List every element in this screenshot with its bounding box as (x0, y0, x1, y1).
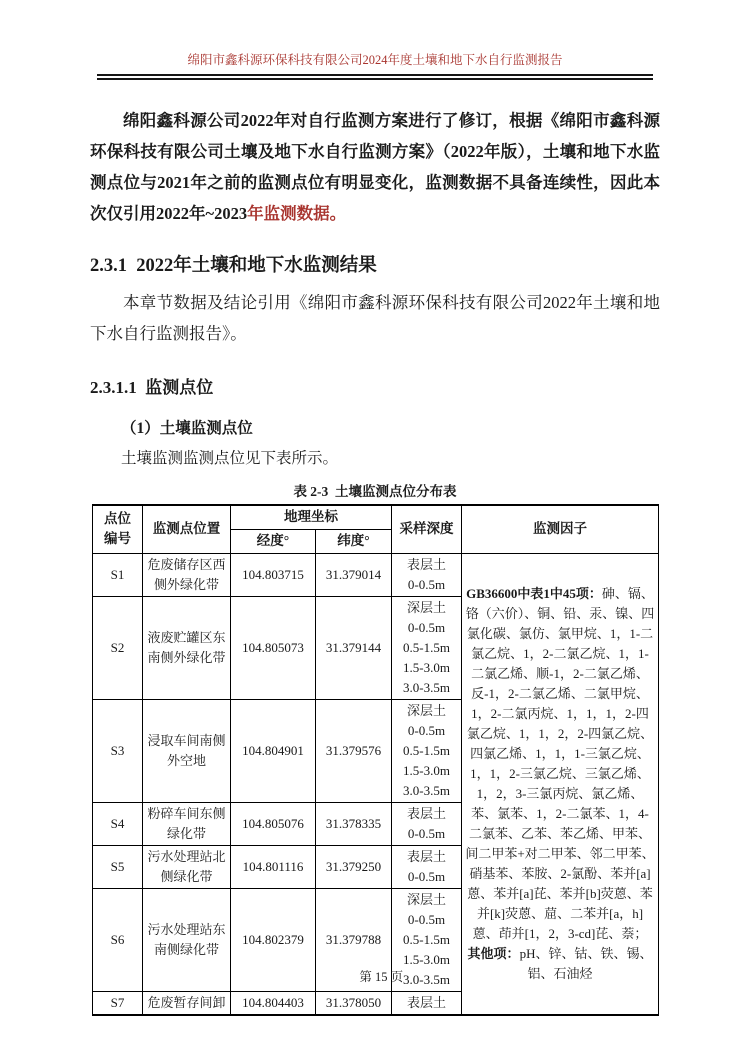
sampling-depth: 表层土 0-0.5m (392, 802, 462, 845)
page-number: 第 15 页 (359, 970, 403, 984)
depth-line: 0-0.5m (395, 824, 458, 844)
point-id: S2 (93, 596, 143, 699)
section-heading-2-3-1-1: 2.3.1.1 监测点位 (90, 373, 660, 398)
point-longitude: 104.804901 (231, 699, 316, 802)
section-heading-2-3-1: 2.3.1 2022年土壤和地下水监测结果 (90, 251, 660, 277)
header-monitoring-factors: 监测因子 (462, 505, 659, 553)
point-location: 液废贮罐区东南侧外绿化带 (143, 596, 231, 699)
soil-monitoring-points-table: 点位 编号 监测点位置 地理坐标 采样深度 监测因子 经度° 纬度° S1 危废… (92, 504, 659, 1016)
header-point-id-line2: 编号 (95, 529, 140, 549)
depth-line: 表层土 (395, 555, 458, 575)
point-latitude: 31.379144 (316, 596, 392, 699)
monitoring-factors-cell: GB36600中表1中45项：砷、镉、铬（六价）、铜、铅、汞、镍、四氯化碳、氯仿… (462, 553, 659, 1015)
depth-line: 0-0.5m (395, 910, 458, 930)
point-latitude: 31.379576 (316, 699, 392, 802)
table-header-row-1: 点位 编号 监测点位置 地理坐标 采样深度 监测因子 (93, 505, 659, 529)
header-geo-coordinates: 地理坐标 (231, 505, 392, 529)
header-longitude: 经度° (231, 529, 316, 553)
factors-gb-label: GB36600中表1中45项： (466, 586, 602, 601)
table-body: S1 危废储存区西侧外绿化带 104.803715 31.379014 表层土 … (93, 553, 659, 1015)
page-content: 绵阳鑫科源公司2022年对自行监测方案进行了修订，根据《绵阳市鑫科源环保科技有限… (90, 95, 660, 1016)
depth-line: 1.5-3.0m (395, 658, 458, 678)
intro-text: 绵阳鑫科源公司2022年对自行监测方案进行了修订，根据《绵阳市鑫科源环保科技有限… (90, 111, 660, 223)
header-latitude: 纬度° (316, 529, 392, 553)
depth-line: 3.0-3.5m (395, 678, 458, 698)
depth-line: 0-0.5m (395, 618, 458, 638)
depth-line: 0-0.5m (395, 867, 458, 887)
depth-line: 0-0.5m (395, 575, 458, 595)
factors-gb-text: 砷、镉、铬（六价）、铜、铅、汞、镍、四氯化碳、氯仿、氯甲烷、1，1-二氯乙烷、1… (465, 586, 654, 941)
sampling-depth: 表层土 0-0.5m (392, 845, 462, 888)
point-id: S3 (93, 699, 143, 802)
header-location: 监测点位置 (143, 505, 231, 553)
depth-line: 深层土 (395, 890, 458, 910)
page-header-title: 绵阳市鑫科源环保科技有限公司2024年度土壤和地下水自行监测报告 (97, 0, 653, 74)
point-id: S1 (93, 553, 143, 596)
header-rule (97, 74, 653, 80)
point-longitude: 104.803715 (231, 553, 316, 596)
intro-paragraph: 绵阳鑫科源公司2022年对自行监测方案进行了修订，根据《绵阳市鑫科源环保科技有限… (90, 105, 660, 229)
depth-line: 1.5-3.0m (395, 761, 458, 781)
point-longitude: 104.805076 (231, 802, 316, 845)
point-id: S5 (93, 845, 143, 888)
table-intro-paragraph: 土壤监测监测点位见下表所示。 (90, 446, 660, 472)
factors-gb-block: GB36600中表1中45项：砷、镉、铬（六价）、铜、铅、汞、镍、四氯化碳、氯仿… (465, 584, 655, 944)
table-caption: 表 2-3 土壤监测点位分布表 (90, 480, 660, 500)
section-2-3-1-paragraph: 本章节数据及结论引用《绵阳市鑫科源环保科技有限公司2022年土壤和地下水自行监测… (90, 287, 660, 349)
intro-text-red: 年监测数据。 (247, 204, 346, 223)
sampling-depth: 深层土 0-0.5m 0.5-1.5m 1.5-3.0m 3.0-3.5m (392, 699, 462, 802)
point-longitude: 104.805073 (231, 596, 316, 699)
depth-line: 0-0.5m (395, 721, 458, 741)
table-header: 点位 编号 监测点位置 地理坐标 采样深度 监测因子 经度° 纬度° (93, 505, 659, 553)
header-sampling-depth: 采样深度 (392, 505, 462, 553)
depth-line: 深层土 (395, 598, 458, 618)
page-footer: 第 15 页 (0, 952, 750, 1000)
point-latitude: 31.379014 (316, 553, 392, 596)
depth-line: 表层土 (395, 847, 458, 867)
depth-line: 0.5-1.5m (395, 638, 458, 658)
depth-line: 0.5-1.5m (395, 741, 458, 761)
point-longitude: 104.801116 (231, 845, 316, 888)
subsection-heading-soil-points: （1）土壤监测点位 (90, 416, 660, 438)
point-latitude: 31.379250 (316, 845, 392, 888)
point-location: 危废储存区西侧外绿化带 (143, 553, 231, 596)
document-page: 绵阳市鑫科源环保科技有限公司2024年度土壤和地下水自行监测报告 绵阳鑫科源公司… (0, 0, 750, 1060)
point-latitude: 31.378335 (316, 802, 392, 845)
point-location: 粉碎车间东侧绿化带 (143, 802, 231, 845)
point-location: 浸取车间南侧外空地 (143, 699, 231, 802)
header-point-id: 点位 编号 (93, 505, 143, 553)
header-point-id-line1: 点位 (95, 509, 140, 529)
point-location: 污水处理站北侧绿化带 (143, 845, 231, 888)
depth-line: 3.0-3.5m (395, 781, 458, 801)
point-id: S4 (93, 802, 143, 845)
depth-line: 深层土 (395, 701, 458, 721)
table-row-s1: S1 危废储存区西侧外绿化带 104.803715 31.379014 表层土 … (93, 553, 659, 596)
depth-line: 表层土 (395, 804, 458, 824)
page-header: 绵阳市鑫科源环保科技有限公司2024年度土壤和地下水自行监测报告 (97, 0, 653, 80)
depth-line: 0.5-1.5m (395, 930, 458, 950)
sampling-depth: 表层土 0-0.5m (392, 553, 462, 596)
sampling-depth: 深层土 0-0.5m 0.5-1.5m 1.5-3.0m 3.0-3.5m (392, 596, 462, 699)
